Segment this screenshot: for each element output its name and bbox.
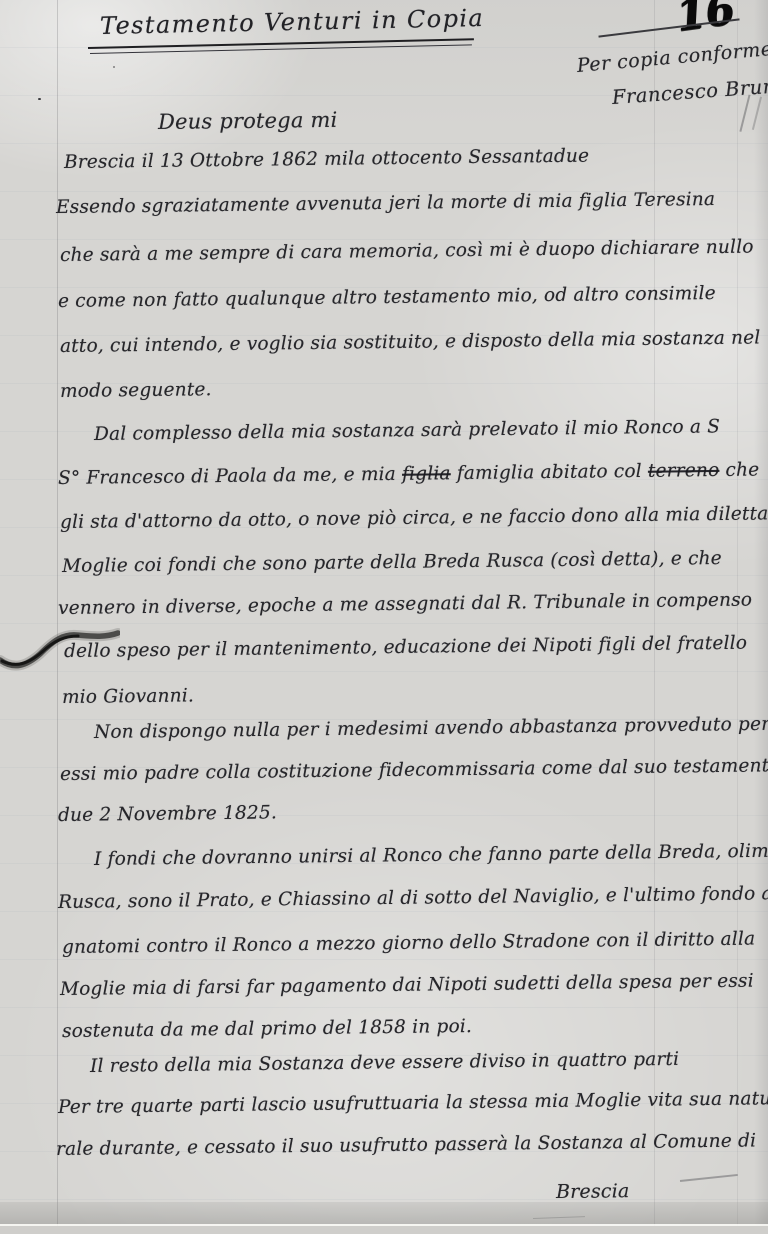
scanned-testament-page: Testamento Venturi in Copia 16 Per copia… — [0, 0, 768, 1234]
certifier-signature: Francesco Bruni — [611, 74, 768, 109]
struck-word-terreno: terreno — [648, 460, 720, 482]
pencil-dash-mark — [680, 1174, 738, 1182]
manuscript-line: mio Giovanni. — [62, 685, 194, 708]
manuscript-line: gli sta d'attorno da otto, o nove piò ci… — [60, 503, 768, 533]
manuscript-line: Moglie mia di farsi far pagamento dai Ni… — [60, 971, 754, 1000]
manuscript-line: Non dispongo nulla per i medesimi avendo… — [94, 714, 768, 743]
manuscript-line: Brescia il 13 Ottobre 1862 mila ottocent… — [64, 146, 590, 173]
struck-word-figlia: figlia — [402, 463, 451, 485]
manuscript-line: dello speso per il mantenimento, educazi… — [64, 633, 747, 662]
manuscript-line: essi mio padre colla costituzione fideco… — [60, 755, 768, 785]
pencil-slash-mark — [739, 95, 750, 132]
ink-speck — [38, 98, 41, 100]
manuscript-line: vennero in diverse, epoche a me assegnat… — [58, 590, 752, 619]
ink-speck — [113, 66, 115, 68]
manuscript-line: Moglie coi fondi che sono parte della Br… — [62, 548, 722, 577]
manuscript-line: I fondi che dovranno unirsi al Ronco che… — [94, 841, 768, 870]
document-title: Testamento Venturi in Copia — [100, 4, 485, 40]
line-segment: S° Francesco di Paola da me, e mia — [58, 464, 402, 489]
manuscript-line: Per tre quarte parti lascio usufruttuari… — [58, 1088, 768, 1118]
manuscript-line: Brescia — [556, 1180, 630, 1203]
manuscript-line: sostenuta da me dal primo del 1858 in po… — [62, 1016, 472, 1042]
title-underline — [88, 38, 474, 49]
line-segment: che — [719, 459, 759, 480]
manuscript-line: Deus protega mi — [158, 108, 338, 134]
paper-fold-line-far-right — [737, 0, 738, 1234]
copy-certification-note: Per copia conforme — [576, 38, 768, 77]
line-segment: famiglia abitato col — [451, 461, 648, 484]
manuscript-line: Dal complesso della mia sostanza sarà pr… — [94, 416, 720, 445]
manuscript-line: Essendo sgraziatamente avvenuta jeri la … — [56, 189, 715, 218]
thread-artifact — [0, 598, 120, 684]
manuscript-line: gnatomi contro il Ronco a mezzo giorno d… — [62, 929, 756, 958]
scan-bottom-edge-band — [0, 1202, 768, 1224]
manuscript-line: modo seguente. — [60, 379, 212, 402]
scan-bottom-edge — [0, 1226, 768, 1234]
manuscript-line: atto, cui intendo, e voglio sia sostitui… — [60, 327, 761, 357]
manuscript-line: rale durante, e cessato il suo usufrutto… — [56, 1130, 757, 1160]
manuscript-line: Il resto della mia Sostanza deve essere … — [90, 1049, 679, 1077]
scan-right-edge-shadow — [754, 0, 768, 1234]
manuscript-line: che sarà a me sempre di cara memoria, co… — [60, 237, 754, 266]
manuscript-line: due 2 Novembre 1825. — [58, 802, 277, 826]
manuscript-line: Rusca, sono il Prato, e Chiassino al di … — [58, 883, 768, 913]
manuscript-line: e come non fatto qualunque altro testame… — [58, 283, 716, 312]
